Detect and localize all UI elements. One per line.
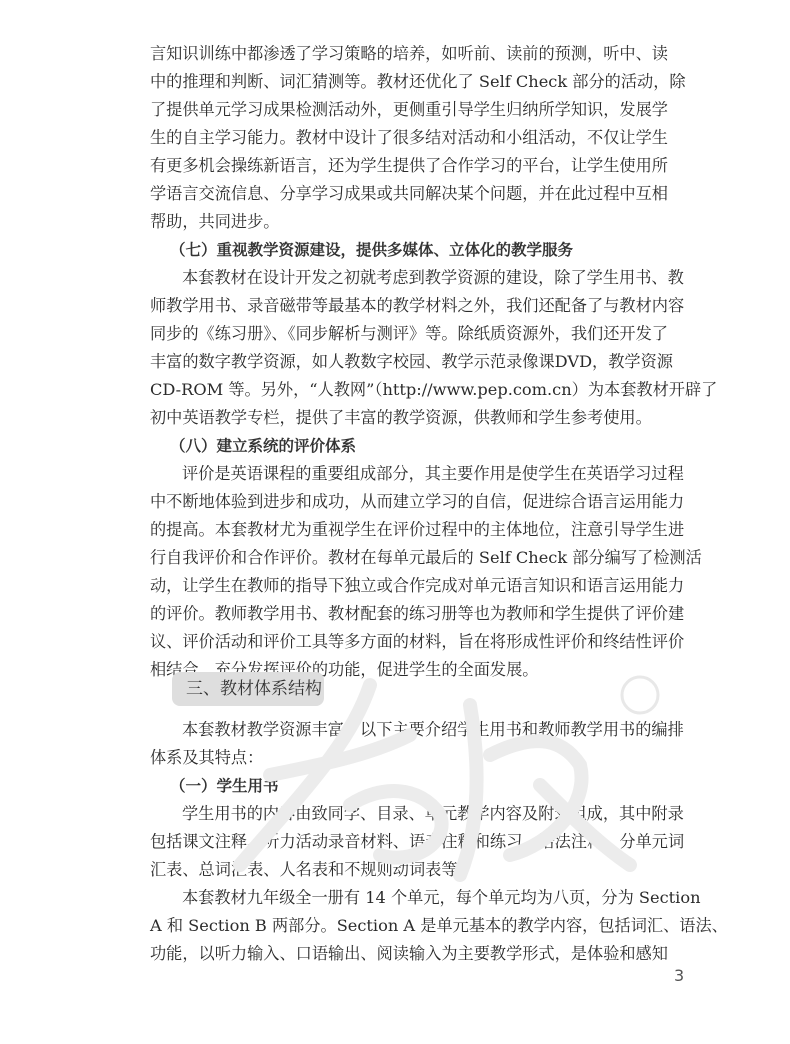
paragraph-line: 学生用书的内容由致同学、目录、单元教学内容及附录组成，其中附录 — [182, 800, 650, 828]
paragraph-line: 议、评价活动和评价工具等多方面的材料，旨在将形成性评价和终结性评价 — [150, 628, 650, 656]
paragraph-line: 本套教材教学资源丰富，以下主要介绍学生用书和教师教学用书的编排 — [182, 716, 650, 744]
paragraph-line: 初中英语教学专栏，提供了丰富的教学资源，供教师和学生参考使用。 — [150, 404, 650, 432]
paragraph-line: 本套教材九年级全一册有 14 个单元，每个单元均为八页，分为 Section — [182, 884, 650, 912]
subheading-eight: （八）建立系统的评价体系 — [170, 432, 356, 460]
section-title-box: 三、教材体系结构 — [172, 672, 324, 706]
page-number: 3 — [674, 966, 684, 985]
subheading-seven: （七）重视教学资源建设，提供多媒体、立体化的教学服务 — [170, 236, 573, 264]
paragraph-line: 行自我评价和合作评价。教材在每单元最后的 Self Check 部分编写了检测活 — [150, 544, 650, 572]
paragraph-line: 帮助，共同进步。 — [150, 208, 650, 236]
paragraph-line: 包括课文注释、听力活动录音材料、语音注释和练习、语法注释、分单元词 — [150, 828, 650, 856]
paragraph-line: 言知识训练中都渗透了学习策略的培养，如听前、读前的预测，听中、读 — [150, 40, 650, 68]
paragraph-line: CD-ROM 等。另外，“人教网”（http://www.pep.com.cn）… — [150, 376, 650, 404]
paragraph-line: 动，让学生在教师的指导下独立或合作完成对单元语言知识和语言运用能力 — [150, 572, 650, 600]
paragraph-line: 有更多机会操练新语言，还为学生提供了合作学习的平台，让学生使用所 — [150, 152, 650, 180]
paragraph-line: 学语言交流信息、分享学习成果或共同解决某个问题，并在此过程中互相 — [150, 180, 650, 208]
paragraph-line: 中的推理和判断、词汇猜测等。教材还优化了 Self Check 部分的活动，除 — [150, 68, 650, 96]
paragraph-line: 体系及其特点： — [150, 744, 650, 772]
subheading-student-book: （一）学生用书 — [170, 772, 279, 800]
paragraph-line: 功能，以听力输入、口语输出、阅读输入为主要教学形式，是体验和感知 — [150, 940, 650, 968]
paragraph-line: A 和 Section B 两部分。Section A 是单元基本的教学内容，包… — [150, 912, 650, 940]
paragraph-line: 同步的《练习册》、《同步解析与测评》等。除纸质资源外，我们还开发了 — [150, 320, 650, 348]
paragraph-line: 的提高。本套教材尤为重视学生在评价过程中的主体地位，注意引导学生进 — [150, 516, 650, 544]
paragraph-line: 汇表、总词汇表、人名表和不规则动词表等。 — [150, 856, 650, 884]
paragraph-line: 了提供单元学习成果检测活动外，更侧重引导学生归纳所学知识，发展学 — [150, 96, 650, 124]
paragraph-line: 师教学用书、录音磁带等最基本的教学材料之外，我们还配备了与教材内容 — [150, 292, 650, 320]
paragraph-line: 评价是英语课程的重要组成部分，其主要作用是使学生在英语学习过程 — [182, 460, 650, 488]
paragraph-line: 中不断地体验到进步和成功，从而建立学习的自信，促进综合语言运用能力 — [150, 488, 650, 516]
section-title: 三、教材体系结构 — [186, 672, 322, 706]
paragraph-line: 的评价。教师教学用书、教材配套的练习册等也为教师和学生提供了评价建 — [150, 600, 650, 628]
paragraph-line: 生的自主学习能力。教材中设计了很多结对活动和小组活动，不仅让学生 — [150, 124, 650, 152]
paragraph-line: 本套教材在设计开发之初就考虑到教学资源的建设，除了学生用书、教 — [182, 264, 650, 292]
paragraph-line: 丰富的数字教学资源，如人教数字校园、教学示范录像课DVD，教学资源 — [150, 348, 650, 376]
